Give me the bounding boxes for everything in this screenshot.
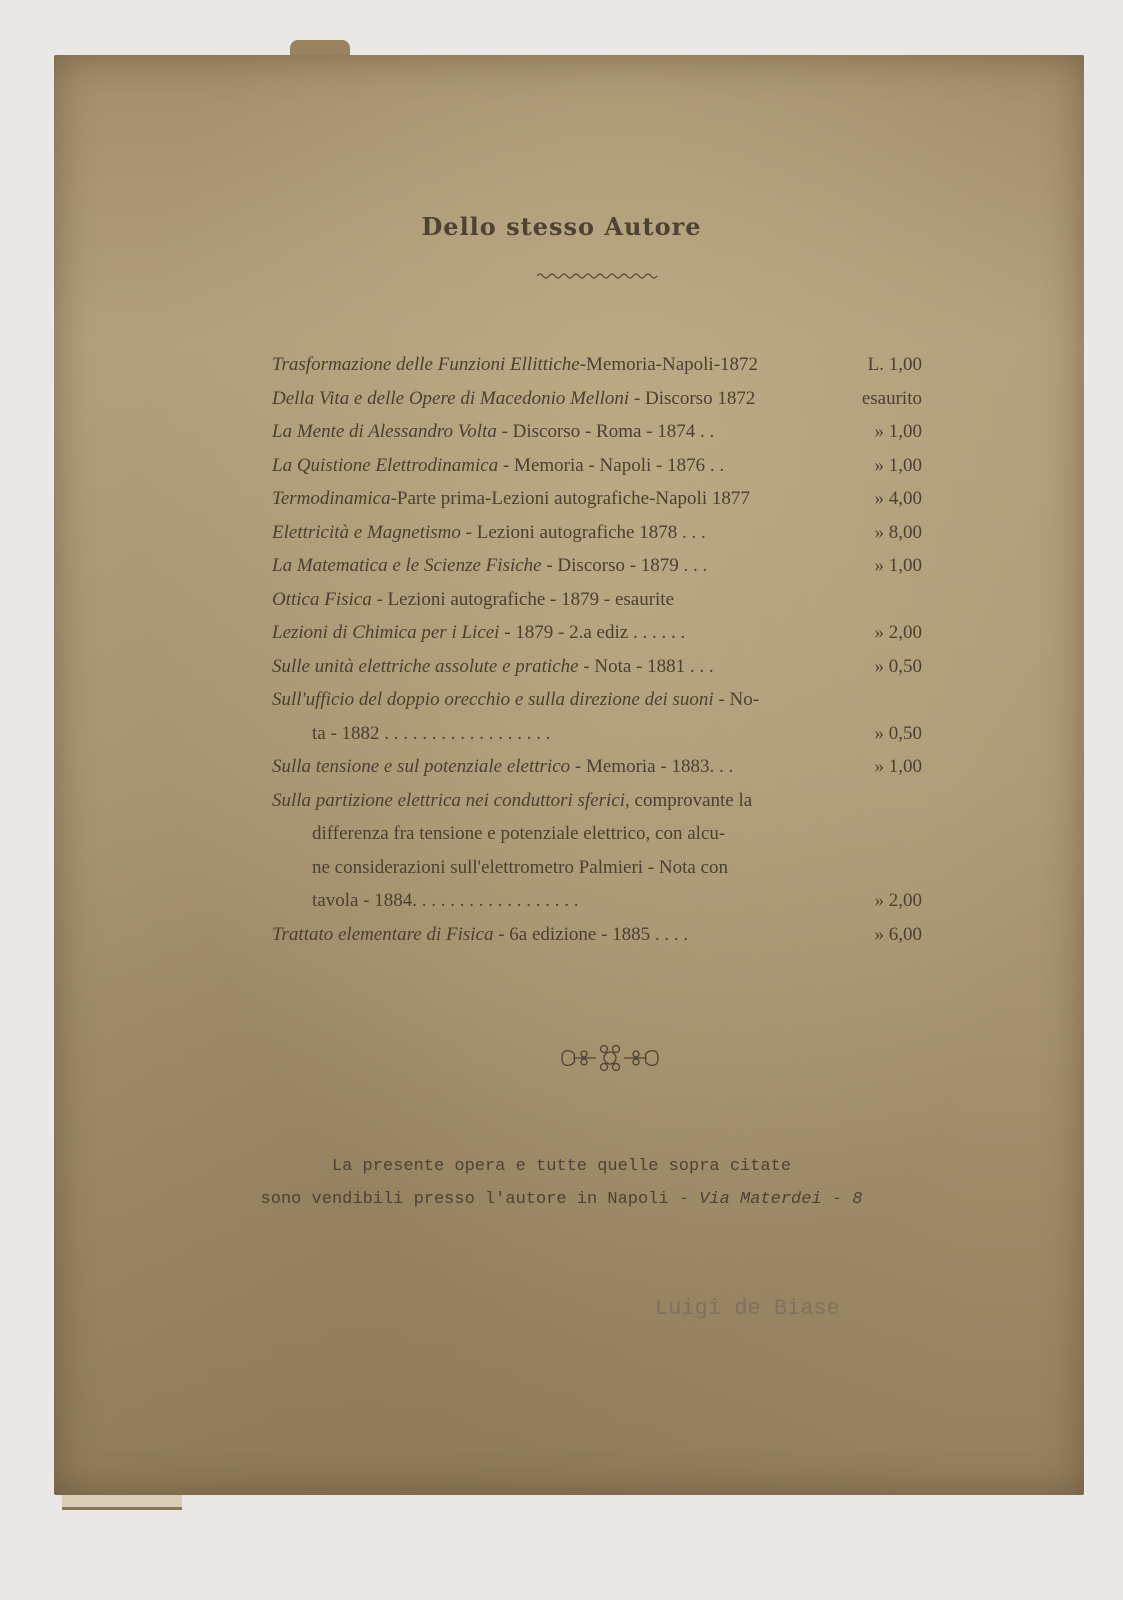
- price: » 8,00: [875, 516, 923, 550]
- price: » 6,00: [875, 918, 923, 952]
- list-item-continuation: tavola - 1884. . . . . . . . . . . . . .…: [272, 884, 922, 918]
- owner-stamp: Luigi de Biase: [655, 1296, 840, 1321]
- price: » 4,00: [875, 482, 923, 516]
- price: » 1,00: [875, 415, 923, 449]
- list-item-continuation: ta - 1882 . . . . . . . . . . . . . . . …: [272, 717, 922, 751]
- list-item: La Mente di Alessandro Volta - Discorso …: [272, 415, 922, 449]
- list-item: Elettricità e Magnetismo - Lezioni autog…: [272, 516, 922, 550]
- underlying-sheet-edge: [62, 1495, 182, 1510]
- price: » 0,50: [875, 717, 923, 751]
- notice-line-2: sono vendibili presso l'autore in Napoli…: [0, 1183, 1123, 1216]
- price: » 2,00: [875, 884, 923, 918]
- notice-line-1: La presente opera e tutte quelle sopra c…: [0, 1150, 1123, 1183]
- list-item: La Matematica e le Scienze Fisiche - Dis…: [272, 549, 922, 583]
- list-item: Sulla tensione e sul potenziale elettric…: [272, 750, 922, 784]
- list-item: La Quistione Elettrodinamica - Memoria -…: [272, 449, 922, 483]
- list-item: Termodinamica-Parte prima-Lezioni autogr…: [272, 482, 922, 516]
- price: » 1,00: [875, 449, 923, 483]
- list-item-continuation: differenza fra tensione e potenziale ele…: [272, 817, 922, 851]
- list-item: Sulle unità elettriche assolute e pratic…: [272, 650, 922, 684]
- list-item: Lezioni di Chimica per i Licei - 1879 - …: [272, 616, 922, 650]
- price: » 1,00: [875, 549, 923, 583]
- price: » 2,00: [875, 616, 923, 650]
- list-item: Della Vita e delle Opere di Macedonio Me…: [272, 382, 922, 416]
- list-item: Trasformazione delle Funzioni Ellittiche…: [272, 348, 922, 382]
- list-item-continuation: ne considerazioni sull'elettrometro Palm…: [272, 851, 922, 885]
- page-title: Dello stesso Autore: [0, 212, 1123, 241]
- price: esaurito: [862, 382, 922, 416]
- wavy-rule-icon: [537, 272, 659, 280]
- price: » 0,50: [875, 650, 923, 684]
- list-item: Sulla partizione elettrica nei conduttor…: [272, 784, 922, 818]
- publication-list: Trasformazione delle Funzioni Ellittiche…: [272, 348, 922, 951]
- address: Via Materdei - 8: [699, 1190, 862, 1209]
- fleuron-icon: [560, 1043, 660, 1073]
- list-item: Sull'ufficio del doppio orecchio e sulla…: [272, 683, 922, 717]
- list-item: Ottica Fisica - Lezioni autografiche - 1…: [272, 583, 922, 617]
- sales-notice: La presente opera e tutte quelle sopra c…: [0, 1150, 1123, 1216]
- list-item: Trattato elementare di Fisica - 6a edizi…: [272, 918, 922, 952]
- price: » 1,00: [875, 750, 923, 784]
- price: L. 1,00: [868, 348, 922, 382]
